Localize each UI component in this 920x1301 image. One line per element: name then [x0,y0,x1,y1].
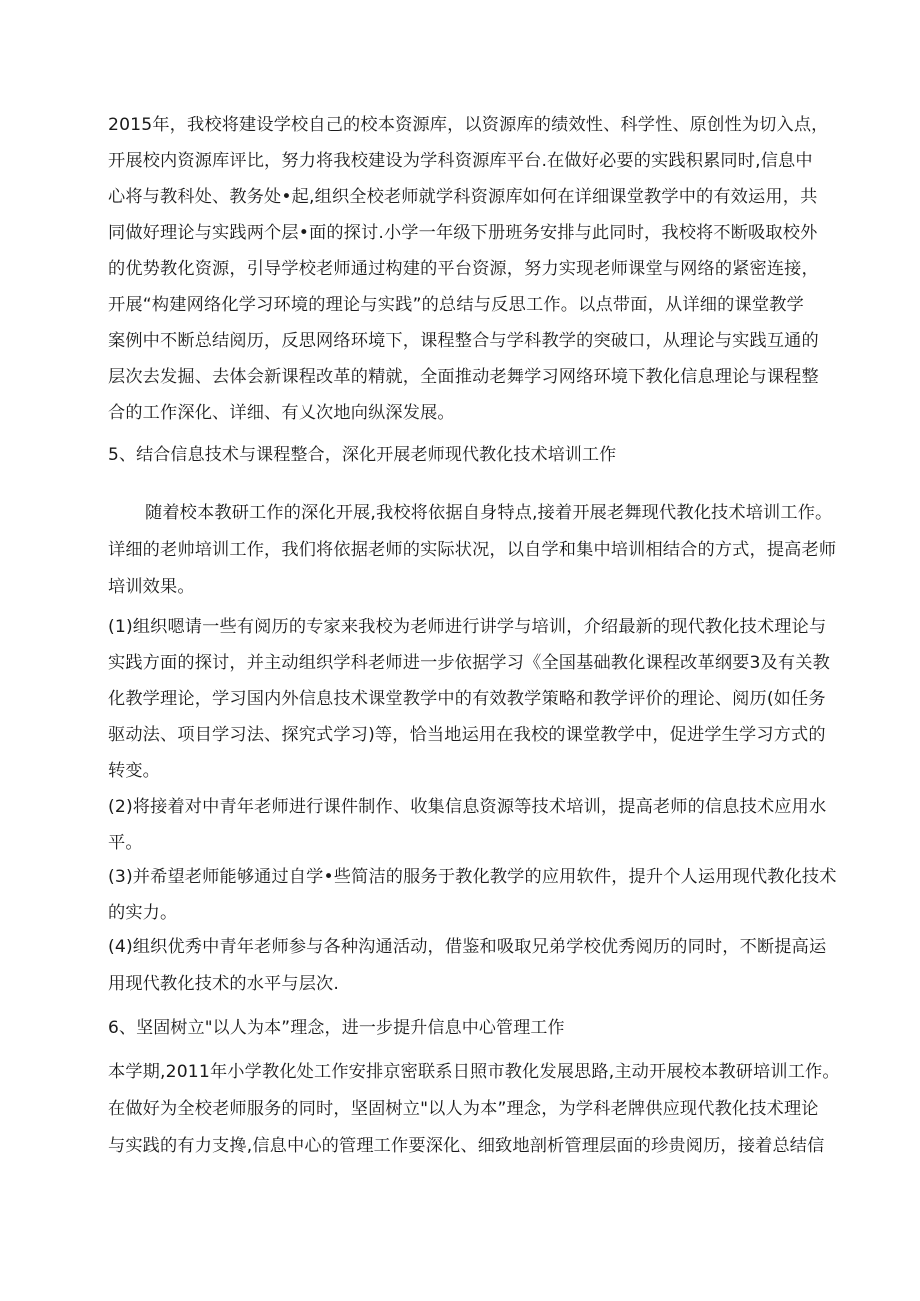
list-item-2: (2)将接着对中青年老师进行课件制作、收集信息资源等技术培训，提高老师的信息技术… [108,796,804,818]
body-line: 培训效果。 [108,576,195,598]
body-line: 本学期,2011年小学教化处工作安排京密联系日照市教化发展思路,主动开展校本教研… [108,1061,820,1083]
document-page: 2015年，我校将建设学校自己的校本资源库，以资源库的绩效性、科学性、原创性为切… [0,0,920,1301]
body-line: 平。 [108,832,143,854]
body-line: 实践方面的探讨，并主动组织学科老师进一步依据学习《全国基础教化课程改革纲要3及有… [108,652,804,674]
body-line: 在做好为全校老师服务的同时，坚固树立"以人为本”理念，为学科老牌供应现代教化技术… [108,1098,804,1120]
body-line: 同做好理论与实践两个层•面的探讨.小学一年级下册班务安排与此同时，我校将不断吸取… [108,222,804,244]
body-line: 的优势教化资源，引导学校老师通过构建的平台资源，努力实现老师课堂与网络的紧密连接… [108,258,804,280]
body-line: 化教学理论，学习国内外信息技术课堂教学中的有效教学策略和教学评价的理论、阅历(如… [108,688,804,710]
section-heading-6: 6、坚固树立"以人为本”理念，进一步提升信息中心管理工作 [108,1017,565,1039]
section-heading-5: 5、结合信息技术与课程整合，深化开展老师现代教化技术培训工作 [108,444,616,466]
body-line: 驱动法、项目学习法、探究式学习)等，恰当地运用在我校的课堂教学中，促进学生学习方… [108,724,804,746]
list-item-4: (4)组织优秀中青年老师参与各种沟通活动，借鉴和吸取兄弟学校优秀阅历的同时，不断… [108,936,804,958]
body-line: 层次去发掘、去体会新课程改革的精就，全面推动老舞学习网络环境下教化信息理论与课程… [108,366,804,388]
list-item-3: (3)并希望老师能够通过自学•些简洁的服务于教化教学的应用软件，提升个人运用现代… [108,866,804,888]
body-line: 转变。 [108,760,160,782]
body-line: 2015年，我校将建设学校自己的校本资源库，以资源库的绩效性、科学性、原创性为切… [108,114,804,136]
body-line: 的实力。 [108,902,177,924]
paragraph-first-line: 随着校本教研工作的深化开展,我校将依据自身特点,接着开展老舞现代教化技术培训工作… [145,502,821,524]
body-line: 心将与教科处、教务处•起,组织全校老师就学科资源库如何在详细课堂教学中的有效运用… [108,186,804,208]
body-line: 开展“构建网络化学习环境的理论与实践”的总结与反思工作。以点带面，从详细的课堂教… [108,294,804,316]
body-line: 详细的老帅培训工作，我们将依据老师的实际状况，以自学和集中培训相结合的方式，提高… [108,539,804,561]
body-line: 与实践的有力支搀,信息中心的管理工作要深化、细致地剖析管理层面的珍贵阅历，接着总… [108,1135,804,1157]
body-line: 合的工作深化、详细、有乂次地向纵深发展。 [108,402,455,424]
body-line: 用现代教化技术的水平与层次. [108,973,339,995]
list-item-1: (1)组织嗯请一些有阅历的专家来我校为老师进行讲学与培训，介绍最新的现代教化技术… [108,616,804,638]
body-line: 案例中不断总结阅历，反思网络环境下，课程整合与学科教学的突破口，从理论与实践互通… [108,330,804,352]
body-line: 开展校内资源库评比，努力将我校建设为学科资源库平台.在做好必要的实践积累同时,信… [108,150,804,172]
